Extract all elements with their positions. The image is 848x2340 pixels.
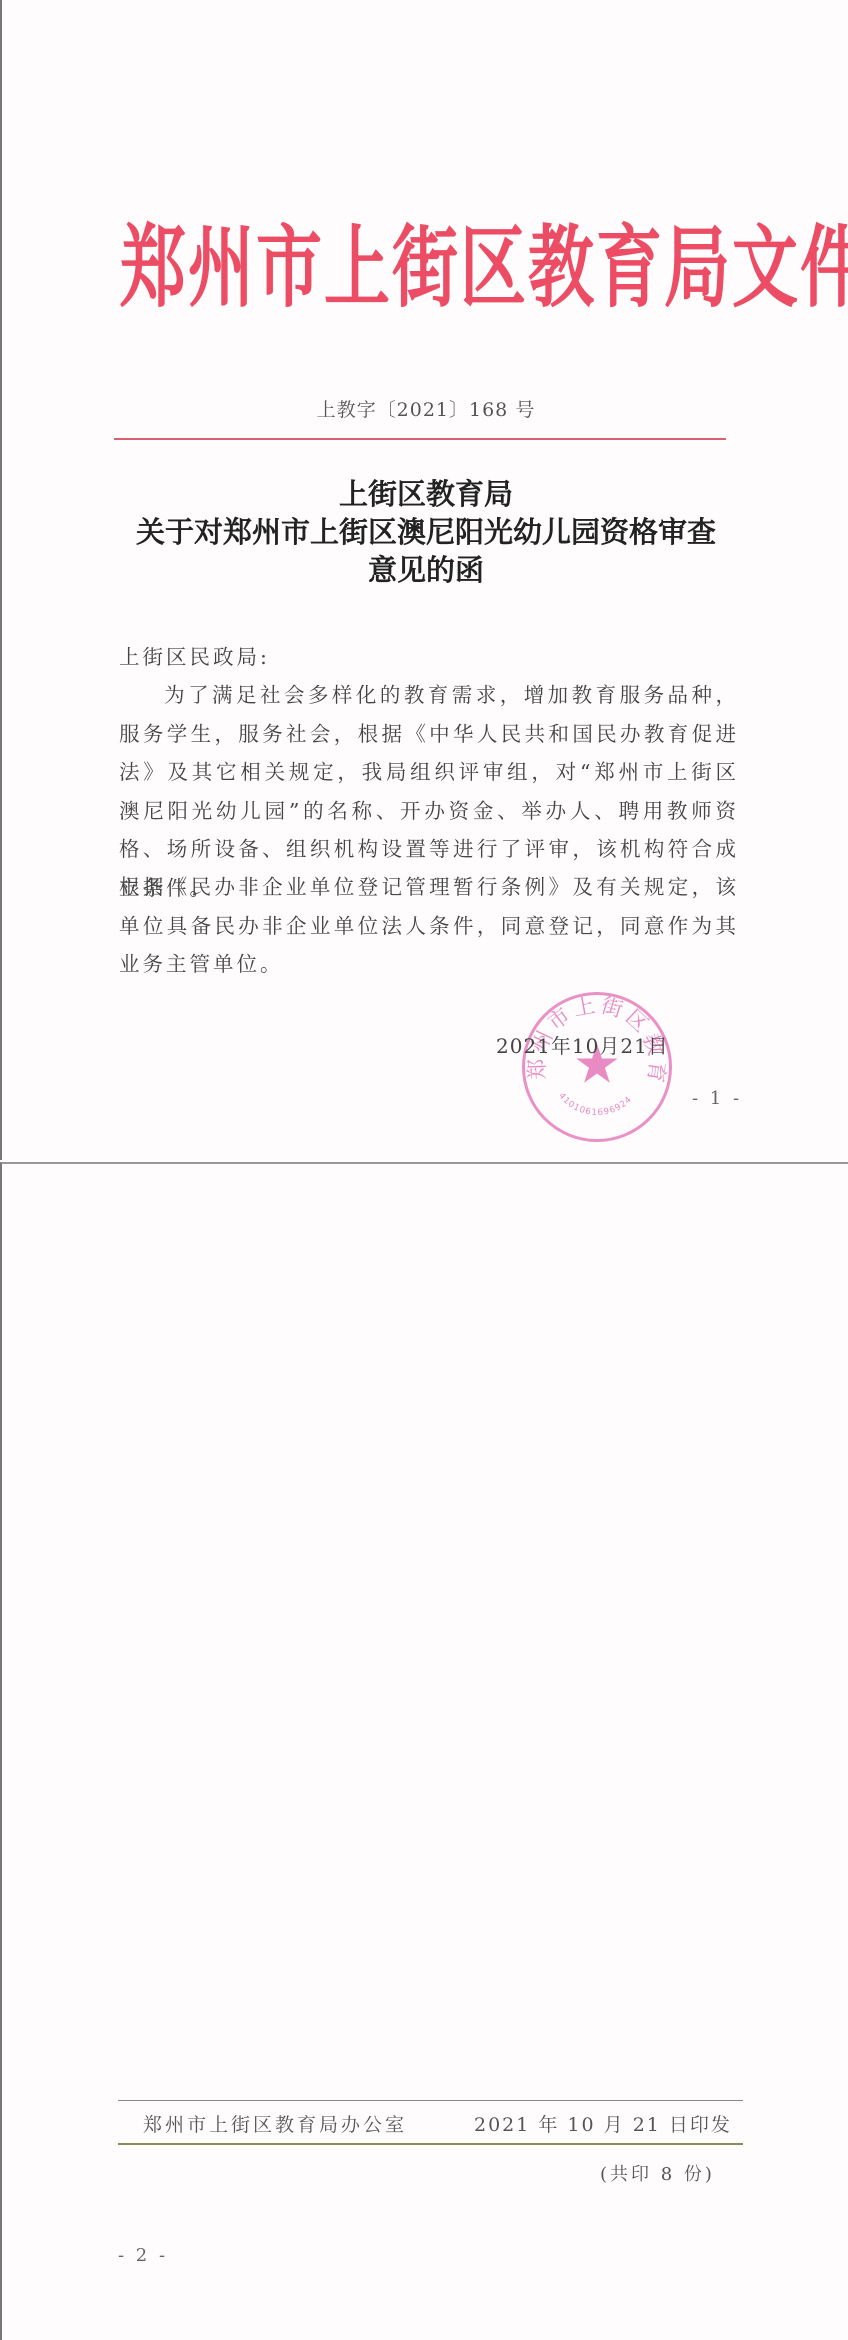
copies-count: (共印 8 份)	[600, 2160, 715, 2186]
document-title: 上街区教育局 关于对郑州市上街区澳尼阳光幼儿园资格审查 意见的函	[2, 475, 848, 589]
document-masthead: 郑州市上街区教育局文件	[120, 196, 720, 324]
official-seal: 郑州市上街区教育局 4101061696924 ★	[522, 992, 672, 1142]
issuing-office: 郑州市上街区教育局办公室	[143, 2110, 407, 2137]
footer-rule-bottom	[118, 2143, 743, 2145]
title-line-3: 意见的函	[2, 551, 848, 589]
document-page-1: 郑州市上街区教育局文件 上教字〔2021〕168 号 上街区教育局 关于对郑州市…	[0, 0, 848, 1160]
title-line-2: 关于对郑州市上街区澳尼阳光幼儿园资格审查	[2, 513, 848, 551]
salutation: 上街区民政局:	[119, 638, 739, 677]
body-paragraph-2: 根据《民办非企业单位登记管理暂行条例》及有关规定，该单位具备民办非企业单位法人条…	[119, 868, 739, 984]
document-number: 上教字〔2021〕168 号	[2, 395, 848, 422]
signature-date: 2021年10月21日	[496, 1030, 669, 1059]
document-page-2	[0, 1162, 848, 2340]
footer-rule-top	[118, 2100, 743, 2101]
page-number: - 1 -	[692, 1088, 742, 1109]
page-number-2: - 2 -	[118, 2245, 168, 2266]
masthead-divider	[114, 438, 726, 440]
title-line-1: 上街区教育局	[2, 475, 848, 513]
issue-date: 2021 年 10 月 21 日印发	[474, 2110, 732, 2137]
